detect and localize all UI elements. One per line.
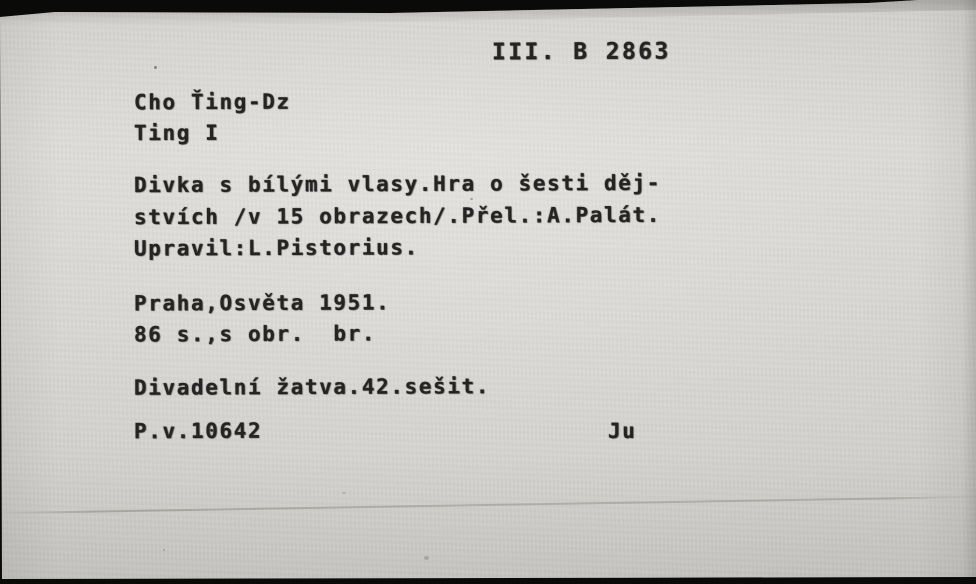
author-heading-line-2: Ting I xyxy=(134,121,220,145)
title-statement-line-1: Divka s bílými vlasy.Hra o šesti děj- xyxy=(134,171,661,197)
card-right-edge-shadow xyxy=(962,0,976,584)
title-statement-line-2: stvích /v 15 obrazech/.Přel.:A.Palát. xyxy=(134,203,661,229)
scan-speck xyxy=(470,198,473,200)
scanned-catalog-card-image: III. B 2863 Cho Ťing-Dz Ting I Divka s b… xyxy=(0,0,976,584)
accession-number: P.v.10642 xyxy=(134,419,262,444)
bottom-rule-line xyxy=(0,496,976,514)
author-heading-line-1: Cho Ťing-Dz xyxy=(134,90,291,115)
call-number: III. B 2863 xyxy=(492,39,671,66)
series-statement: Divadelní žatva.42.sešit. xyxy=(134,374,490,400)
scan-speck xyxy=(424,556,429,560)
scan-speck xyxy=(163,549,165,551)
imprint-collation: 86 s.,s obr. br. xyxy=(134,321,376,346)
card-top-edge-shadow xyxy=(0,0,976,30)
title-statement-line-3: Upravil:L.Pistorius. xyxy=(134,235,419,260)
cataloguer-initials: Ju xyxy=(608,419,637,443)
catalog-card-paper: III. B 2863 Cho Ťing-Dz Ting I Divka s b… xyxy=(0,0,976,584)
scan-speck xyxy=(343,492,345,494)
imprint-publisher-year: Praha,Osvěta 1951. xyxy=(134,290,390,315)
scan-speck xyxy=(154,66,157,69)
